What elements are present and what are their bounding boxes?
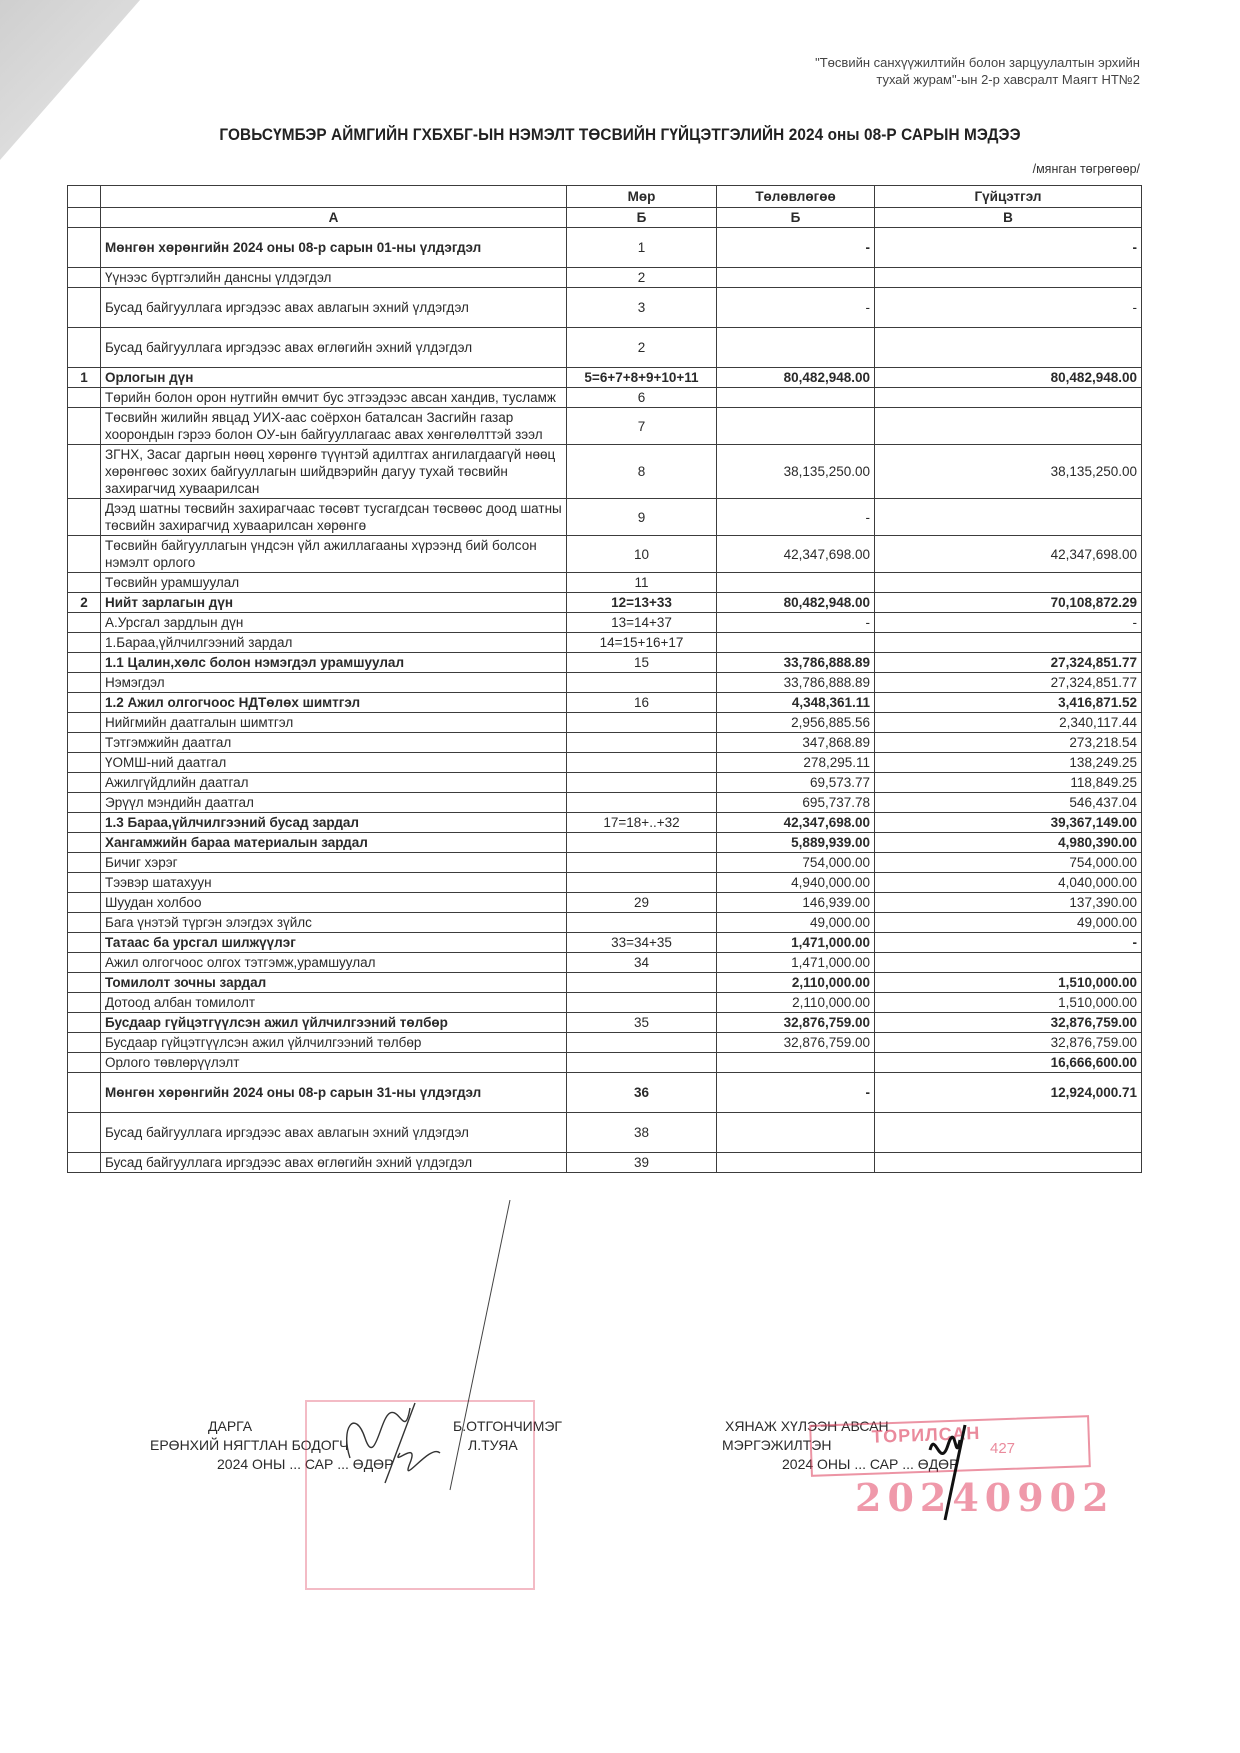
row-index — [68, 633, 101, 653]
row-index — [68, 793, 101, 813]
row-actual-value: 16,666,600.00 — [875, 1053, 1142, 1073]
row-name: Бусад байгууллага иргэдээс авах өглөгийн… — [101, 328, 567, 368]
row-name: Томилолт зочны зардал — [101, 973, 567, 993]
row-plan-value: - — [717, 288, 875, 328]
row-code — [567, 873, 717, 893]
row-plan-value: 347,868.89 — [717, 733, 875, 753]
unit-note: /мянган төгрөгөөр/ — [1033, 162, 1140, 176]
row-code — [567, 993, 717, 1013]
table-row: Бага үнэтэй түргэн элэгдэх зүйлс49,000.0… — [68, 913, 1142, 933]
row-actual-value: 27,324,851.77 — [875, 673, 1142, 693]
row-plan-value: 2,110,000.00 — [717, 993, 875, 1013]
row-code: 10 — [567, 536, 717, 573]
row-actual-value: 1,510,000.00 — [875, 973, 1142, 993]
table-row: Шуудан холбоо29146,939.00137,390.00 — [68, 893, 1142, 913]
row-plan-value: 80,482,948.00 — [717, 593, 875, 613]
row-actual-value: 39,367,149.00 — [875, 813, 1142, 833]
row-name: Бусдаар гүйцэтгүүлсэн ажил үйлчилгээний … — [101, 1033, 567, 1053]
row-actual-value: 32,876,759.00 — [875, 1013, 1142, 1033]
table-row: Дээд шатны төсвийн захирагчаас төсөвт ту… — [68, 499, 1142, 536]
row-actual-value: 49,000.00 — [875, 913, 1142, 933]
row-actual-value: 70,108,872.29 — [875, 593, 1142, 613]
row-plan-value: 33,786,888.89 — [717, 653, 875, 673]
row-code — [567, 733, 717, 753]
row-plan-value — [717, 268, 875, 288]
row-plan-value: 33,786,888.89 — [717, 673, 875, 693]
row-actual-value: 137,390.00 — [875, 893, 1142, 913]
row-actual-value — [875, 633, 1142, 653]
row-actual-value: 4,040,000.00 — [875, 873, 1142, 893]
row-plan-value: 695,737.78 — [717, 793, 875, 813]
table-row: ҮОМШ-ний даатгал278,295.11138,249.25 — [68, 753, 1142, 773]
row-code: 39 — [567, 1153, 717, 1173]
row-name: Бусад байгууллага иргэдээс авах авлагын … — [101, 288, 567, 328]
row-code: 11 — [567, 573, 717, 593]
row-name: Үүнээс бүртгэлийн дансны үлдэгдэл — [101, 268, 567, 288]
strike-line-icon — [440, 1200, 520, 1500]
row-index — [68, 573, 101, 593]
row-code — [567, 793, 717, 813]
row-index — [68, 753, 101, 773]
row-name: Орлого төвлөрүүлэлт — [101, 1053, 567, 1073]
header-cell-plan: Төлөвлөгөө — [717, 186, 875, 208]
row-actual-value: 4,980,390.00 — [875, 833, 1142, 853]
row-plan-value: 80,482,948.00 — [717, 368, 875, 388]
row-index — [68, 1013, 101, 1033]
row-index — [68, 1053, 101, 1073]
row-plan-value: 4,940,000.00 — [717, 873, 875, 893]
row-plan-value — [717, 1053, 875, 1073]
row-index — [68, 445, 101, 499]
row-name: А.Урсгал зардлын дүн — [101, 613, 567, 633]
row-actual-value: 38,135,250.00 — [875, 445, 1142, 499]
row-index — [68, 388, 101, 408]
table-row: ЗГНХ, Засаг даргын нөөц хөрөнгө түүнтэй … — [68, 445, 1142, 499]
row-plan-value: 32,876,759.00 — [717, 1013, 875, 1033]
row-name: Төрийн болон орон нутгийн өмчит бус этгэ… — [101, 388, 567, 408]
row-actual-value: 32,876,759.00 — [875, 1033, 1142, 1053]
row-plan-value: 2,110,000.00 — [717, 973, 875, 993]
row-actual-value: 80,482,948.00 — [875, 368, 1142, 388]
header-cell-row: Мөр — [567, 186, 717, 208]
row-name: Бусдаар гүйцэтгүүлсэн ажил үйлчилгээний … — [101, 1013, 567, 1033]
row-name: Ажил олгогчоос олгох тэтгэмж,урамшуулал — [101, 953, 567, 973]
row-actual-value: 2,340,117.44 — [875, 713, 1142, 733]
row-plan-value: - — [717, 228, 875, 268]
row-plan-value — [717, 573, 875, 593]
row-index — [68, 653, 101, 673]
row-name: Бага үнэтэй түргэн элэгдэх зүйлс — [101, 913, 567, 933]
row-code: 34 — [567, 953, 717, 973]
row-actual-value: 273,218.54 — [875, 733, 1142, 753]
row-name: ЗГНХ, Засаг даргын нөөц хөрөнгө түүнтэй … — [101, 445, 567, 499]
row-index — [68, 1113, 101, 1153]
row-actual-value: 118,849.25 — [875, 773, 1142, 793]
table-row: Хангамжийн бараа материалын зардал5,889,… — [68, 833, 1142, 853]
table-row: Үүнээс бүртгэлийн дансны үлдэгдэл2 — [68, 268, 1142, 288]
table-code-row: А Б Б В — [68, 208, 1142, 228]
row-actual-value — [875, 408, 1142, 445]
row-actual-value: 754,000.00 — [875, 853, 1142, 873]
row-index — [68, 813, 101, 833]
row-code: 12=13+33 — [567, 593, 717, 613]
row-code: 33=34+35 — [567, 933, 717, 953]
row-name: Ажилгүйдлийн даатгал — [101, 773, 567, 793]
row-code: 5=6+7+8+9+10+11 — [567, 368, 717, 388]
row-code: 14=15+16+17 — [567, 633, 717, 653]
row-index — [68, 833, 101, 853]
header-cell — [101, 186, 567, 208]
row-plan-value: 49,000.00 — [717, 913, 875, 933]
row-name: Орлогын дүн — [101, 368, 567, 388]
row-plan-value: 5,889,939.00 — [717, 833, 875, 853]
annex-note-line1: "Төсвийн санхүүжилтийн болон зарцуулалты… — [680, 54, 1140, 71]
row-index — [68, 773, 101, 793]
table-row: Бичиг хэрэг754,000.00754,000.00 — [68, 853, 1142, 873]
row-code — [567, 1033, 717, 1053]
report-table: Мөр Төлөвлөгөө Гүйцэтгэл А Б Б В Мөнгөн … — [67, 185, 1142, 1173]
row-index: 2 — [68, 593, 101, 613]
row-index — [68, 673, 101, 693]
table-row: 1.2 Ажил олгогчоос НДТөлөх шимтгэл164,34… — [68, 693, 1142, 713]
row-code: 3 — [567, 288, 717, 328]
row-code: 17=18+..+32 — [567, 813, 717, 833]
row-index — [68, 973, 101, 993]
row-plan-value: - — [717, 613, 875, 633]
row-code: 2 — [567, 328, 717, 368]
row-actual-value: - — [875, 613, 1142, 633]
row-code: 38 — [567, 1113, 717, 1153]
row-actual-value: 42,347,698.00 — [875, 536, 1142, 573]
row-name: Хангамжийн бараа материалын зардал — [101, 833, 567, 853]
row-index — [68, 408, 101, 445]
row-actual-value: 12,924,000.71 — [875, 1073, 1142, 1113]
row-index — [68, 893, 101, 913]
row-index — [68, 913, 101, 933]
row-name: Нийгмийн даатгалын шимтгэл — [101, 713, 567, 733]
row-plan-value — [717, 1113, 875, 1153]
row-index — [68, 713, 101, 733]
page-title: ГОВЬСҮМБЭР АЙМГИЙН ГХБХБГ-ЫН НЭМЭЛТ ТӨСВ… — [43, 126, 1196, 145]
table-row: Бусад байгууллага иргэдээс авах өглөгийн… — [68, 1153, 1142, 1173]
row-index — [68, 733, 101, 753]
row-plan-value — [717, 1153, 875, 1173]
table-row: Тэтгэмжийн даатгал347,868.89273,218.54 — [68, 733, 1142, 753]
table-row: 2Нийт зарлагын дүн12=13+3380,482,948.007… — [68, 593, 1142, 613]
row-code: 13=14+37 — [567, 613, 717, 633]
row-name: Мөнгөн хөрөнгийн 2024 оны 08-р сарын 01-… — [101, 228, 567, 268]
row-code — [567, 773, 717, 793]
row-code — [567, 973, 717, 993]
table-row: 1.Бараа,үйлчилгээний зардал14=15+16+17 — [68, 633, 1142, 653]
row-index — [68, 499, 101, 536]
row-index — [68, 693, 101, 713]
table-row: Бусад байгууллага иргэдээс авах өглөгийн… — [68, 328, 1142, 368]
row-name: 1.Бараа,үйлчилгээний зардал — [101, 633, 567, 653]
table-row: Мөнгөн хөрөнгийн 2024 оны 08-р сарын 01-… — [68, 228, 1142, 268]
row-actual-value: 138,249.25 — [875, 753, 1142, 773]
row-plan-value — [717, 633, 875, 653]
row-actual-value: 1,510,000.00 — [875, 993, 1142, 1013]
row-plan-value: 2,956,885.56 — [717, 713, 875, 733]
row-actual-value — [875, 1153, 1142, 1173]
row-plan-value: 146,939.00 — [717, 893, 875, 913]
row-index — [68, 328, 101, 368]
row-plan-value — [717, 408, 875, 445]
row-plan-value — [717, 388, 875, 408]
table-header-row: Мөр Төлөвлөгөө Гүйцэтгэл — [68, 186, 1142, 208]
row-name: Бусад байгууллага иргэдээс авах өглөгийн… — [101, 1153, 567, 1173]
table-row: Тээвэр шатахуун4,940,000.004,040,000.00 — [68, 873, 1142, 893]
table-row: Төсвийн байгууллагын үндсэн үйл ажиллага… — [68, 536, 1142, 573]
table-row: Бусдаар гүйцэтгүүлсэн ажил үйлчилгээний … — [68, 1033, 1142, 1053]
table-row: Төсвийн жилийн явцад УИХ-аас соёрхон бат… — [68, 408, 1142, 445]
row-code — [567, 753, 717, 773]
row-code — [567, 673, 717, 693]
code-cell-v: В — [875, 208, 1142, 228]
row-code: 2 — [567, 268, 717, 288]
row-plan-value: 1,471,000.00 — [717, 953, 875, 973]
annex-note-line2: тухай журам"-ын 2-р хавсралт Маягт НТ№2 — [680, 71, 1140, 88]
row-name: Бичиг хэрэг — [101, 853, 567, 873]
row-plan-value: - — [717, 1073, 875, 1113]
stamp-number: 427 — [990, 1440, 1015, 1457]
row-name: Шуудан холбоо — [101, 893, 567, 913]
row-actual-value: - — [875, 228, 1142, 268]
table-row: Нийгмийн даатгалын шимтгэл2,956,885.562,… — [68, 713, 1142, 733]
row-name: Тэтгэмжийн даатгал — [101, 733, 567, 753]
row-name: Нийт зарлагын дүн — [101, 593, 567, 613]
row-index — [68, 993, 101, 1013]
row-plan-value: 32,876,759.00 — [717, 1033, 875, 1053]
row-code: 9 — [567, 499, 717, 536]
table-row: Төрийн болон орон нутгийн өмчит бус этгэ… — [68, 388, 1142, 408]
annex-note: "Төсвийн санхүүжилтийн болон зарцуулалты… — [680, 54, 1140, 88]
row-name: Мөнгөн хөрөнгийн 2024 оны 08-р сарын 31-… — [101, 1073, 567, 1113]
table-row: Бусдаар гүйцэтгүүлсэн ажил үйлчилгээний … — [68, 1013, 1142, 1033]
table-row: Бусад байгууллага иргэдээс авах авлагын … — [68, 288, 1142, 328]
header-cell-actual: Гүйцэтгэл — [875, 186, 1142, 208]
row-actual-value — [875, 573, 1142, 593]
row-actual-value — [875, 388, 1142, 408]
code-cell-b2: Б — [717, 208, 875, 228]
code-cell — [68, 208, 101, 228]
code-cell-b: Б — [567, 208, 717, 228]
row-actual-value — [875, 328, 1142, 368]
table-row: 1Орлогын дүн5=6+7+8+9+10+1180,482,948.00… — [68, 368, 1142, 388]
table-row: Дотоод албан томилолт2,110,000.001,510,0… — [68, 993, 1142, 1013]
row-index — [68, 613, 101, 633]
table-row: Ажилгүйдлийн даатгал69,573.77118,849.25 — [68, 773, 1142, 793]
table-row: Төсвийн урамшуулал11 — [68, 573, 1142, 593]
row-code — [567, 913, 717, 933]
row-plan-value — [717, 328, 875, 368]
row-index — [68, 288, 101, 328]
row-name: Дээд шатны төсвийн захирагчаас төсөвт ту… — [101, 499, 567, 536]
reviewer-signature-icon — [920, 1420, 990, 1530]
table-row: Орлого төвлөрүүлэлт16,666,600.00 — [68, 1053, 1142, 1073]
row-plan-value: 4,348,361.11 — [717, 693, 875, 713]
row-actual-value: 546,437.04 — [875, 793, 1142, 813]
row-plan-value: - — [717, 499, 875, 536]
table-row: Бусад байгууллага иргэдээс авах авлагын … — [68, 1113, 1142, 1153]
row-code: 1 — [567, 228, 717, 268]
row-code — [567, 713, 717, 733]
row-name: 1.2 Ажил олгогчоос НДТөлөх шимтгэл — [101, 693, 567, 713]
row-code: 36 — [567, 1073, 717, 1113]
row-plan-value: 42,347,698.00 — [717, 536, 875, 573]
table-row: 1.1 Цалин,хөлс болон нэмэгдэл урамшуулал… — [68, 653, 1142, 673]
row-plan-value: 1,471,000.00 — [717, 933, 875, 953]
row-actual-value: 3,416,871.52 — [875, 693, 1142, 713]
row-actual-value: 27,324,851.77 — [875, 653, 1142, 673]
row-index — [68, 853, 101, 873]
table-row: Эрүүл мэндийн даатгал695,737.78546,437.0… — [68, 793, 1142, 813]
row-code: 16 — [567, 693, 717, 713]
row-name: Нэмэгдэл — [101, 673, 567, 693]
row-actual-value: - — [875, 288, 1142, 328]
table-row: А.Урсгал зардлын дүн13=14+37-- — [68, 613, 1142, 633]
row-actual-value: - — [875, 933, 1142, 953]
header-cell — [68, 186, 101, 208]
row-name: 1.3 Бараа,үйлчилгээний бусад зардал — [101, 813, 567, 833]
row-plan-value: 69,573.77 — [717, 773, 875, 793]
row-code: 8 — [567, 445, 717, 499]
row-plan-value: 38,135,250.00 — [717, 445, 875, 499]
row-actual-value — [875, 268, 1142, 288]
row-actual-value — [875, 499, 1142, 536]
row-index — [68, 1073, 101, 1113]
row-index: 1 — [68, 368, 101, 388]
table-row: 1.3 Бараа,үйлчилгээний бусад зардал17=18… — [68, 813, 1142, 833]
row-index — [68, 1033, 101, 1053]
row-index — [68, 933, 101, 953]
row-code: 6 — [567, 388, 717, 408]
table-row: Мөнгөн хөрөнгийн 2024 оны 08-р сарын 31-… — [68, 1073, 1142, 1113]
row-name: Бусад байгууллага иргэдээс авах авлагын … — [101, 1113, 567, 1153]
row-name: Дотоод албан томилолт — [101, 993, 567, 1013]
table-row: Нэмэгдэл33,786,888.8927,324,851.77 — [68, 673, 1142, 693]
row-code: 7 — [567, 408, 717, 445]
row-name: Төсвийн урамшуулал — [101, 573, 567, 593]
row-code — [567, 833, 717, 853]
row-name: Эрүүл мэндийн даатгал — [101, 793, 567, 813]
row-name: Төсвийн байгууллагын үндсэн үйл ажиллага… — [101, 536, 567, 573]
row-index — [68, 228, 101, 268]
table-row: Томилолт зочны зардал2,110,000.001,510,0… — [68, 973, 1142, 993]
row-code: 29 — [567, 893, 717, 913]
row-name: Тээвэр шатахуун — [101, 873, 567, 893]
row-code — [567, 1053, 717, 1073]
row-index — [68, 1153, 101, 1173]
row-index — [68, 268, 101, 288]
signer-role-director: ДАРГА — [208, 1418, 252, 1434]
row-name: 1.1 Цалин,хөлс болон нэмэгдэл урамшуулал — [101, 653, 567, 673]
row-code: 15 — [567, 653, 717, 673]
table-row: Ажил олгогчоос олгох тэтгэмж,урамшуулал3… — [68, 953, 1142, 973]
row-name: Татаас ба урсгал шилжүүлэг — [101, 933, 567, 953]
row-plan-value: 754,000.00 — [717, 853, 875, 873]
row-actual-value — [875, 953, 1142, 973]
row-name: ҮОМШ-ний даатгал — [101, 753, 567, 773]
row-index — [68, 536, 101, 573]
row-code: 35 — [567, 1013, 717, 1033]
table-row: Татаас ба урсгал шилжүүлэг33=34+351,471,… — [68, 933, 1142, 953]
row-actual-value — [875, 1113, 1142, 1153]
row-plan-value: 278,295.11 — [717, 753, 875, 773]
row-plan-value: 42,347,698.00 — [717, 813, 875, 833]
row-code — [567, 853, 717, 873]
row-index — [68, 953, 101, 973]
row-index — [68, 873, 101, 893]
row-name: Төсвийн жилийн явцад УИХ-аас соёрхон бат… — [101, 408, 567, 445]
code-cell-a: А — [101, 208, 567, 228]
